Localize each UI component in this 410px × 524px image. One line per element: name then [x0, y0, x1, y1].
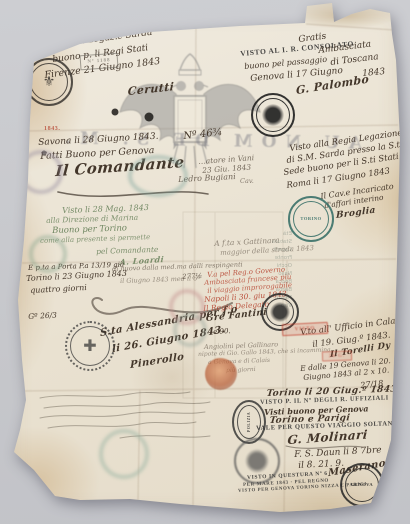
- dense-round-stamp: [234, 438, 280, 484]
- boxed-stamp: Nº 1188: [80, 53, 119, 71]
- signalment-label: Naso: [278, 272, 292, 278]
- signalment-label: Fronte: [275, 256, 292, 262]
- stamp-label: VISTO: [295, 326, 316, 332]
- red-wax-seal: [205, 358, 237, 390]
- document-paper-wrapper: AU NOM DE S. M. Nº 1874GratisV.to alla R…: [0, 0, 410, 524]
- stamp-ink-blob: [270, 302, 289, 321]
- handwriting-annotation: quattro giorni: [30, 284, 87, 295]
- handwriting-annotation: Gº 26/3: [28, 311, 57, 320]
- teal-round-stamp: TORINO: [288, 196, 334, 242]
- faded-round-stamp: [99, 429, 149, 479]
- red-box-stamp: VISTO: [282, 322, 329, 336]
- stamp-label: Nº 1188: [87, 58, 111, 65]
- stamp-label: 26 G.: [329, 353, 346, 359]
- faded-oval-seal: [128, 155, 188, 197]
- handwriting-annotation: Nº 1874: [30, 29, 64, 39]
- handwriting-annotation: e 90.: [213, 328, 231, 336]
- faded-round-stamp: [19, 150, 63, 194]
- stamp-inner-ring: [70, 326, 110, 366]
- signalment-label: Occhi: [277, 264, 292, 270]
- annotations-layer: Nº 1874GratisV.to alla R. Legaz.e Sardab…: [0, 0, 410, 524]
- stamp-inner-ring: [30, 63, 68, 101]
- handwriting-annotation: Cav.: [240, 178, 254, 185]
- eagle-ink-stamp: [251, 93, 295, 137]
- red-box-stamp: 26 G.: [322, 350, 352, 361]
- dotted-cross-stamp: ✚: [65, 321, 115, 371]
- round-ink-stamp: GENOVA: [340, 463, 384, 507]
- signalment-label: Capelli: [273, 248, 292, 254]
- stamp-ink-blob: [245, 449, 269, 473]
- handwritten-signature: Broglia: [336, 206, 376, 221]
- signalment-label: Bocca: [275, 280, 292, 286]
- handwritten-signature: Pinerollo: [130, 352, 184, 371]
- signalment-label: Età: [283, 232, 292, 238]
- stamped-text-line: 1843.: [44, 126, 61, 132]
- document-paper: AU NOM DE S. M. Nº 1874GratisV.to alla R…: [0, 0, 410, 524]
- handwriting-annotation: Nº 46¾: [183, 128, 223, 142]
- handwriting-annotation: Gratis: [102, 23, 131, 36]
- handwriting-annotation: 277½: [182, 273, 202, 281]
- photo-stage: AU NOM DE S. M. Nº 1874GratisV.to alla R…: [0, 0, 410, 524]
- handwritten-signature: G. Molinari: [287, 428, 368, 446]
- embossed-crest-seal: ⚜: [25, 58, 73, 106]
- faded-round-stamp: [29, 235, 67, 273]
- stamp-label: GENOVA: [351, 483, 373, 488]
- faded-round-stamp: [173, 313, 207, 347]
- stamp-label: POLIZIA: [247, 412, 251, 432]
- signalment-label: Statura: [272, 240, 292, 246]
- handwritten-signature: Cerutti: [128, 81, 175, 97]
- stamp-label: TORINO: [300, 217, 321, 222]
